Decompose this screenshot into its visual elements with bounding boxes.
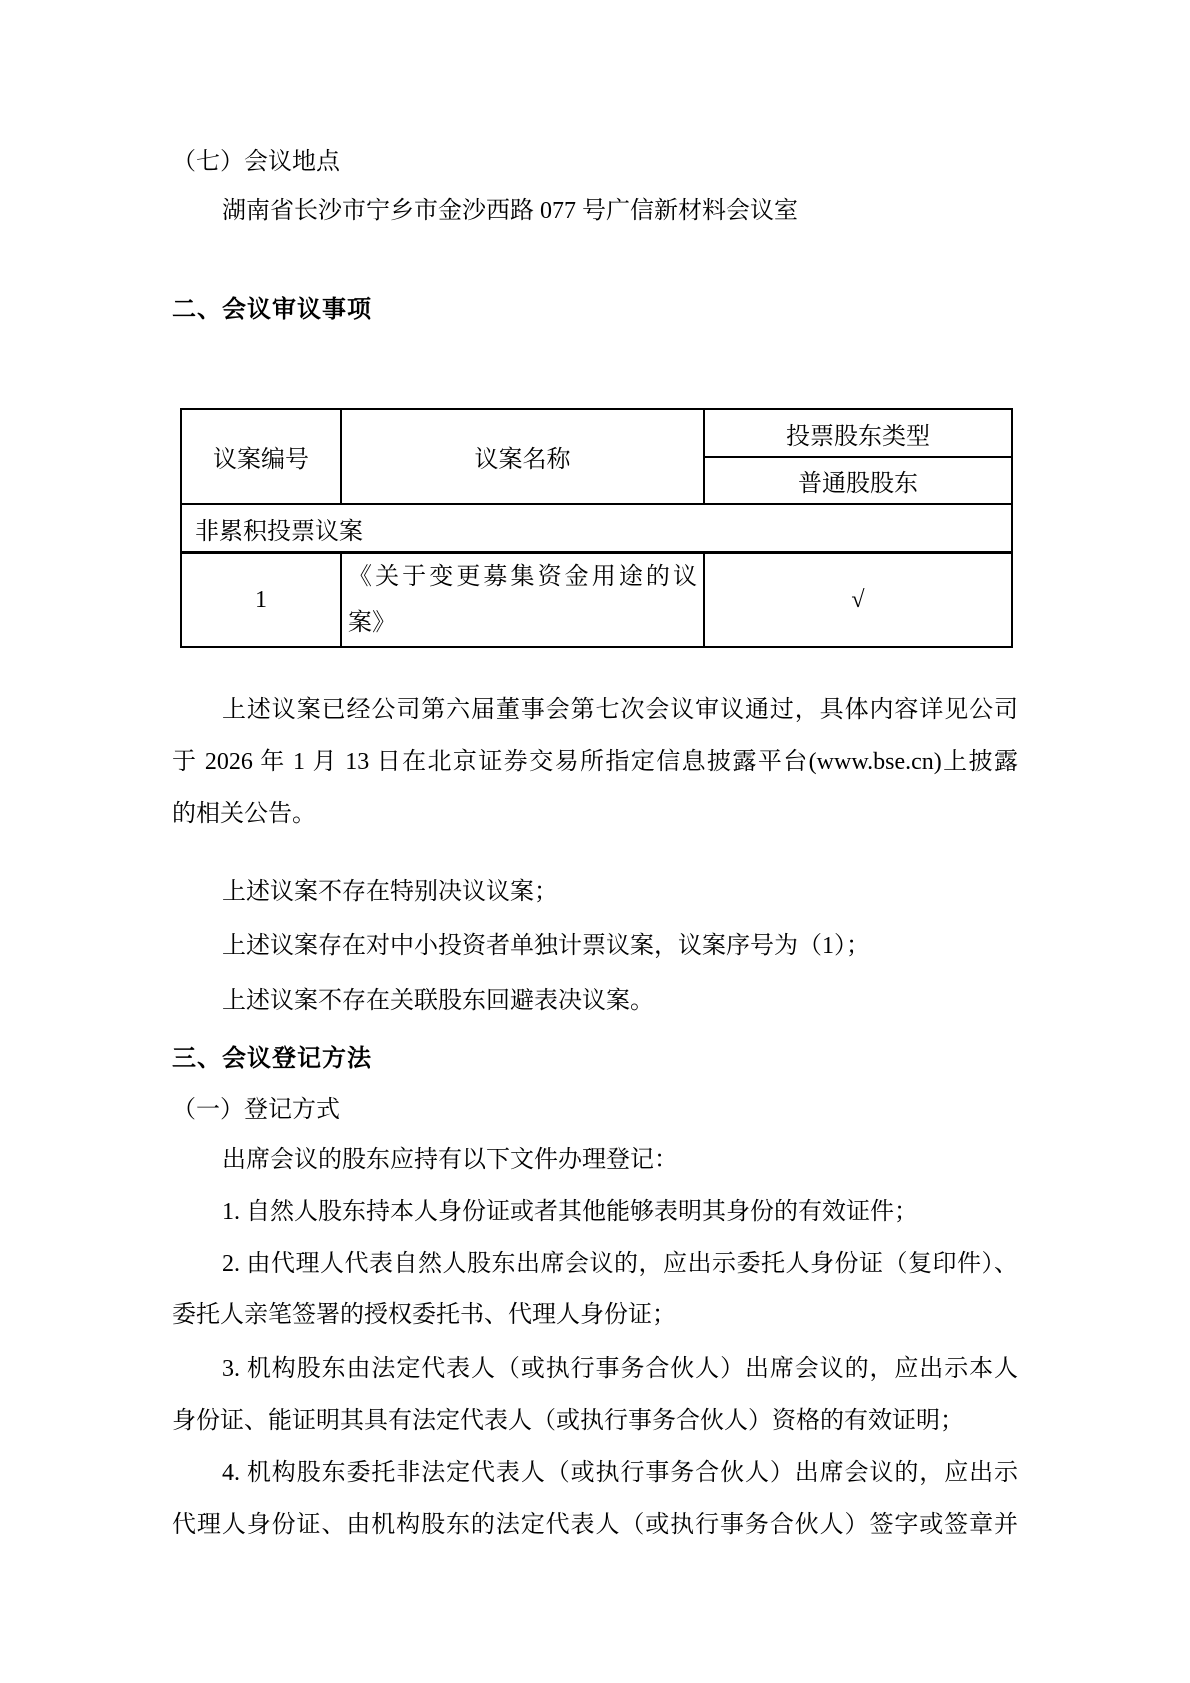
approval-paragraph-line-2: 于 2026 年 1 月 13 日在北京证券交易所指定信息披露平台(www.bs…	[172, 746, 1018, 778]
group-row-label: 非累积投票议案	[181, 504, 1012, 553]
cell-proposal-number: 1	[181, 553, 341, 648]
registration-item-4-line-1: 4. 机构股东委托非法定代表人（或执行事务合伙人）出席会议的，应出示	[172, 1457, 1018, 1489]
registration-item-2-line-2: 委托人亲笔签署的授权委托书、代理人身份证；	[172, 1299, 1018, 1331]
cell-vote-checkmark: √	[704, 553, 1012, 648]
registration-item-3-line-1: 3. 机构股东由法定代表人（或执行事务合伙人）出席会议的，应出示本人	[172, 1353, 1018, 1385]
proposal-name-line-2: 案》	[348, 600, 697, 646]
note-no-related-shareholder: 上述议案不存在关联股东回避表决议案。	[172, 985, 1018, 1017]
registration-item-1: 1. 自然人股东持本人身份证或者其他能够表明其身份的有效证件；	[172, 1196, 1018, 1228]
note-minority-investor-count: 上述议案存在对中小投资者单独计票议案，议案序号为（1）；	[172, 930, 1018, 962]
header-proposal-number: 议案编号	[181, 409, 341, 504]
header-proposal-name: 议案名称	[341, 409, 704, 504]
approval-paragraph-line-1: 上述议案已经公司第六届董事会第七次会议审议通过，具体内容详见公司	[172, 694, 1018, 726]
approval-paragraph-line-3: 的相关公告。	[172, 798, 1018, 830]
document-page: （七）会议地点 湖南省长沙市宁乡市金沙西路 077 号广信新材料会议室 二、会议…	[0, 0, 1190, 1683]
header-voting-shareholder-type: 投票股东类型	[704, 409, 1012, 457]
section-7-heading: （七）会议地点	[172, 146, 1018, 178]
registration-intro: 出席会议的股东应持有以下文件办理登记：	[172, 1144, 1018, 1176]
table-row: 1 《关于变更募集资金用途的议 案》 √	[181, 553, 1012, 648]
cell-proposal-name: 《关于变更募集资金用途的议 案》	[341, 553, 704, 648]
table-group-row: 非累积投票议案	[181, 504, 1012, 553]
note-no-special-resolution: 上述议案不存在特别决议议案；	[172, 876, 1018, 908]
proposal-table: 议案编号 议案名称 投票股东类型 普通股股东 非累积投票议案 1 《关于变更募集…	[180, 408, 1013, 648]
proposal-name-line-1: 《关于变更募集资金用途的议	[348, 554, 697, 600]
section-3-heading: 三、会议登记方法	[172, 1043, 1018, 1075]
table-header-row-1: 议案编号 议案名称 投票股东类型	[181, 409, 1012, 457]
section-2-heading: 二、会议审议事项	[172, 294, 1018, 326]
meeting-address: 湖南省长沙市宁乡市金沙西路 077 号广信新材料会议室	[172, 195, 1018, 227]
registration-item-3-line-2: 身份证、能证明其具有法定代表人（或执行事务合伙人）资格的有效证明；	[172, 1405, 1018, 1437]
section-3-subheading: （一）登记方式	[172, 1094, 1018, 1126]
registration-item-2-line-1: 2. 由代理人代表自然人股东出席会议的，应出示委托人身份证（复印件）、	[172, 1248, 1018, 1280]
header-ordinary-shareholders: 普通股股东	[704, 457, 1012, 504]
registration-item-4-line-2: 代理人身份证、由机构股东的法定代表人（或执行事务合伙人）签字或签章并	[172, 1509, 1018, 1541]
